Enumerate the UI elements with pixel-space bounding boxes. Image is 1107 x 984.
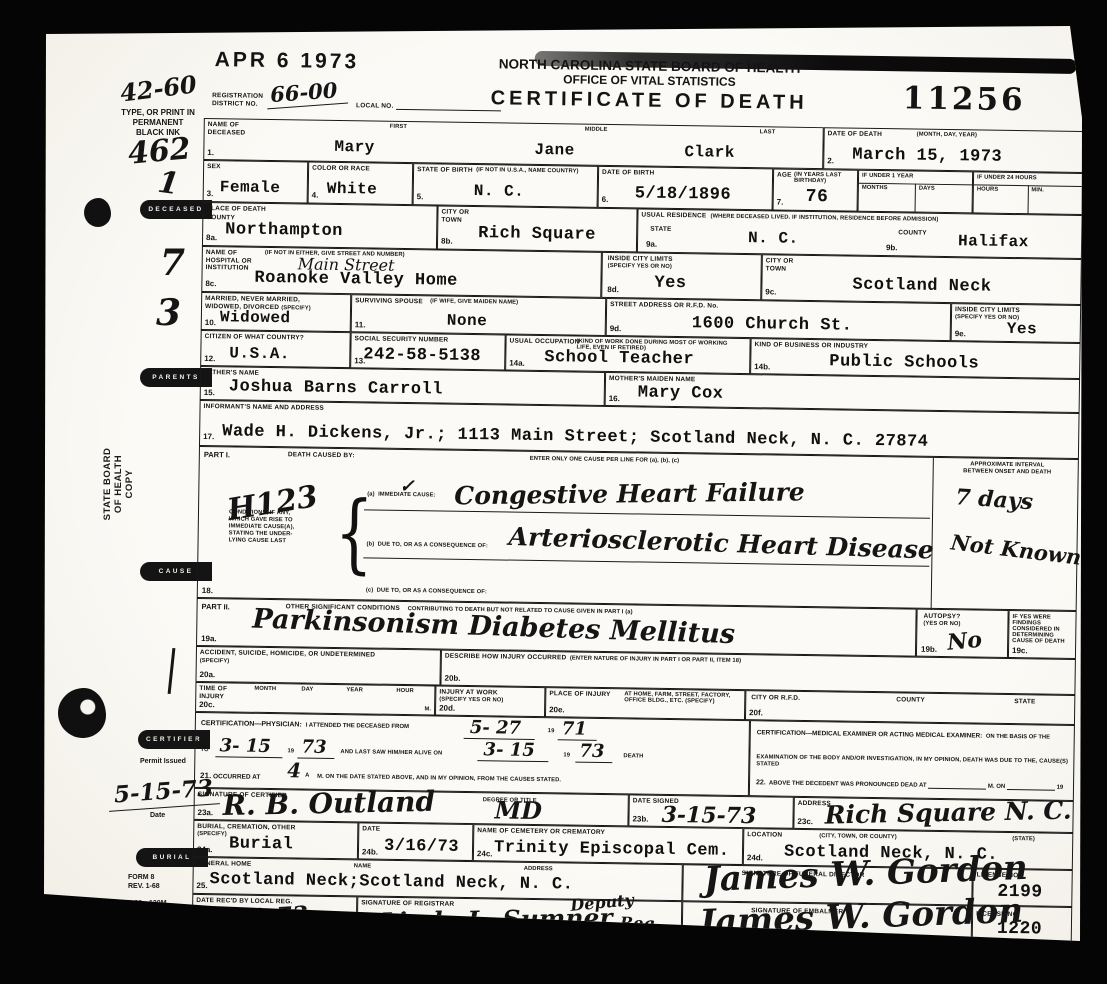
field-registrar-signature: SIGNATURE OF REGISTRAR 28. Deputy Linda … <box>357 896 683 939</box>
margin-pen-stroke <box>168 648 176 694</box>
field-place-of-death-county: PLACE OF DEATH COUNTY 8a. Northampton <box>202 202 438 249</box>
field-usual-occupation: USUAL OCCUPATION (KIND OF WORK DONE DURI… <box>505 334 751 374</box>
certifier-address-value: Rich Square N. C. <box>824 796 1071 830</box>
field-burial-date: DATE 24b. 3/16/73 <box>358 822 474 861</box>
certifier-degree: MD <box>494 795 542 825</box>
certifier-signature: R. B. Outland <box>222 785 435 822</box>
field-street-address: STREET ADDRESS OR R.F.D. No. 9d. 1600 Ch… <box>606 298 952 341</box>
conditions-note: CONDITIONS, IF ANY,WHICH GAVE RISE TO IM… <box>229 509 295 545</box>
certification-physician: CERTIFICATION—PHYSICIAN: I ATTENDED THE … <box>194 712 750 796</box>
registrar-signature: Linda L. Sumner <box>380 903 613 937</box>
interval-b-value: Not Known <box>950 529 1083 569</box>
registration-district-value: 66-00 <box>265 77 348 110</box>
part2-value: Parkinsonism Diabetes Mellitus <box>252 604 736 651</box>
field-age: AGE (IN YEARS LAST BIRTHDAY) 7. 76 <box>773 168 859 211</box>
deceased-first-name: Mary <box>334 138 375 157</box>
reg-note: Reg <box>620 913 655 933</box>
scanned-death-certificate: 42-60 TYPE, OR PRINT IN PERMANENT BLACK … <box>0 0 1107 984</box>
field-color-or-race: COLOR OR RACE 4. White <box>308 162 414 206</box>
certificate-form: APR 6 1973 REGISTRATION DISTRICT NO. 66-… <box>192 40 1085 953</box>
field-date-signed: DATE SIGNED 23b. 3-15-73 <box>628 794 793 828</box>
cause-a-line <box>364 509 930 518</box>
ink-blot-bottom <box>58 688 106 738</box>
field-injury-location: CITY OR R.F.D. COUNTY STATE 20f. <box>745 690 1075 725</box>
certification-medical-examiner: CERTIFICATION—MEDICAL EXAMINER OR ACTING… <box>749 720 1075 801</box>
margin-tab-deceased: DECEASED <box>140 200 212 219</box>
field-usual-residence: USUAL RESIDENCE (WHERE DECEASED LIVED. I… <box>637 208 1083 259</box>
margin-handwritten-3: 3 <box>156 292 181 334</box>
field-injury-at-work: INJURY AT WORK (SPECIFY YES OR NO) 20d. <box>435 685 545 717</box>
ink-blot-top <box>84 198 111 227</box>
field-date-of-death: DATE OF DEATH (MONTH, DAY, YEAR) 2. Marc… <box>823 127 1084 173</box>
registration-district-label: REGISTRATION DISTRICT NO. <box>212 92 263 108</box>
deceased-last-name: Clark <box>684 143 735 162</box>
field-state-of-birth: STATE OF BIRTH (IF NOT IN U.S.A., NAME C… <box>413 163 599 208</box>
field-burial-cremation: BURIAL, CREMATION, OTHER (SPECIFY) 24a. … <box>193 820 359 859</box>
certificate-number: 11256 <box>864 80 1065 119</box>
attended-from-date: 5- 27 <box>464 717 536 740</box>
cause-a-value: Congestive Heart Failure <box>454 477 805 510</box>
print-code-note: 1-68—130M <box>128 900 167 907</box>
form-title-block: NORTH CAROLINA STATE BOARD OF HEALTH OFF… <box>434 55 865 115</box>
form-number-note: FORM 8 REV. 1-68 <box>128 874 160 891</box>
field-surviving-spouse: SURVIVING SPOUSE (IF WIFE, GIVE MAIDEN N… <box>351 294 607 336</box>
margin-handwritten-7: 7 <box>160 242 185 284</box>
field-if-under-1-year: IF UNDER 1 YEAR MONTHS DAYS <box>858 170 974 214</box>
field-place-of-injury: PLACE OF INJURY AT HOME, FARM, STREET, F… <box>545 687 745 720</box>
field-date-of-birth: DATE OF BIRTH 6. 5/18/1896 <box>598 166 774 211</box>
permit-issued-label: Permit Issued <box>140 758 186 765</box>
field-inside-city-limits-8d: INSIDE CITY LIMITS (SPECIFY YES OR NO) 8… <box>601 252 762 300</box>
field-if-under-24-hours: IF UNDER 24 HOURS HOURS MIN. <box>973 171 1084 215</box>
margin-handwritten-1: 1 <box>156 165 182 203</box>
received-date-stamp: APR 6 1973 <box>215 48 360 74</box>
field-inside-city-limits-9e: INSIDE CITY LIMITS (SPECIFY YES OR NO) 9… <box>951 303 1082 343</box>
field-time-of-injury: TIME OFINJURY MONTH DAY YEAR HOUR 20c. M… <box>195 682 435 716</box>
date-of-death-value: March 15, 1973 <box>852 146 1002 167</box>
brace-glyph: { <box>334 483 374 584</box>
residence-county-value: Halifax <box>958 232 1029 251</box>
field-autopsy: AUTOPSY? (YES OR NO) 19b. No <box>916 609 1009 658</box>
field-cemetery-name: NAME OF CEMETERY OR CREMATORY 24c. Trini… <box>473 824 744 865</box>
field-certifier-address: ADDRESS 23c. Rich Square N. C. <box>793 797 1073 833</box>
autopsy-value: No <box>946 627 983 656</box>
field-signature-of-certifier: SIGNATURE OF CERTIFIER DEGREE OR TITLE 2… <box>193 788 628 826</box>
field-residence-city: CITY ORTOWN 9c. Scotland Neck <box>761 254 1082 305</box>
field-marital-status: MARRIED, NEVER MARRIED,WIDOWED, DIVORCED… <box>201 292 352 332</box>
date-caption: Date <box>150 812 165 819</box>
death-hour: 4 <box>287 758 301 782</box>
field-embalmer-signature: SIGNATURE OF EMBALMER James W. Gordon <box>682 901 973 943</box>
interval-column: APPROXIMATE INTERVALBETWEEN ONSET AND DE… <box>931 458 1081 612</box>
deceased-middle-name: Jane <box>534 141 575 160</box>
field-place-of-death-city: CITY ORTOWN 8b. Rich Square <box>437 205 638 252</box>
cause-b-value: Arteriosclerotic Heart Disease <box>508 522 934 565</box>
margin-handwritten-42-60: 42-60 <box>119 69 199 107</box>
attended-to-date: 3- 15 <box>215 735 283 758</box>
date-signed-value: 3-15-73 <box>661 802 756 829</box>
part1-death-caused-by: PART I. DEATH CAUSED BY: ENTER ONLY ONE … <box>197 446 1079 611</box>
field-citizen-country: CITIZEN OF WHAT COUNTRY? 12. U.S.A. <box>200 330 351 368</box>
last-seen-date: 3- 15 <box>477 739 549 762</box>
field-hospital-or-institution: NAME OFHOSPITAL ORINSTITUTION (IF NOT IN… <box>201 246 602 298</box>
interval-a-value: 7 days <box>954 484 1033 515</box>
field-social-security-number: SOCIAL SECURITY NUMBER 13. 242-58-5138 <box>350 332 506 370</box>
field-sex: SEX 3. Female <box>203 160 309 204</box>
field-kind-of-business: KIND OF BUSINESS OR INDUSTRY 14b. Public… <box>750 338 1080 379</box>
field-autopsy-findings: IF YES WERE FINDINGS CONSIDERED IN DETER… <box>1008 610 1077 659</box>
field-accident-suicide-homicide: ACCIDENT, SUICIDE, HOMICIDE, OR UNDETERM… <box>195 646 441 686</box>
field-date-received-local-registrar: DATE REC'D BY LOCAL REG. 27. 3-19-73 <box>192 894 358 934</box>
residence-state-value: N. C. <box>748 229 799 248</box>
date-received-value: 3-19-73 <box>208 901 308 933</box>
local-no-label: LOCAL NO. <box>356 102 394 110</box>
state-board-copy-label: STATE BOARD OF HEALTH COPY <box>62 428 174 540</box>
certificate-paper: 42-60 TYPE, OR PRINT IN PERMANENT BLACK … <box>0 0 1107 984</box>
